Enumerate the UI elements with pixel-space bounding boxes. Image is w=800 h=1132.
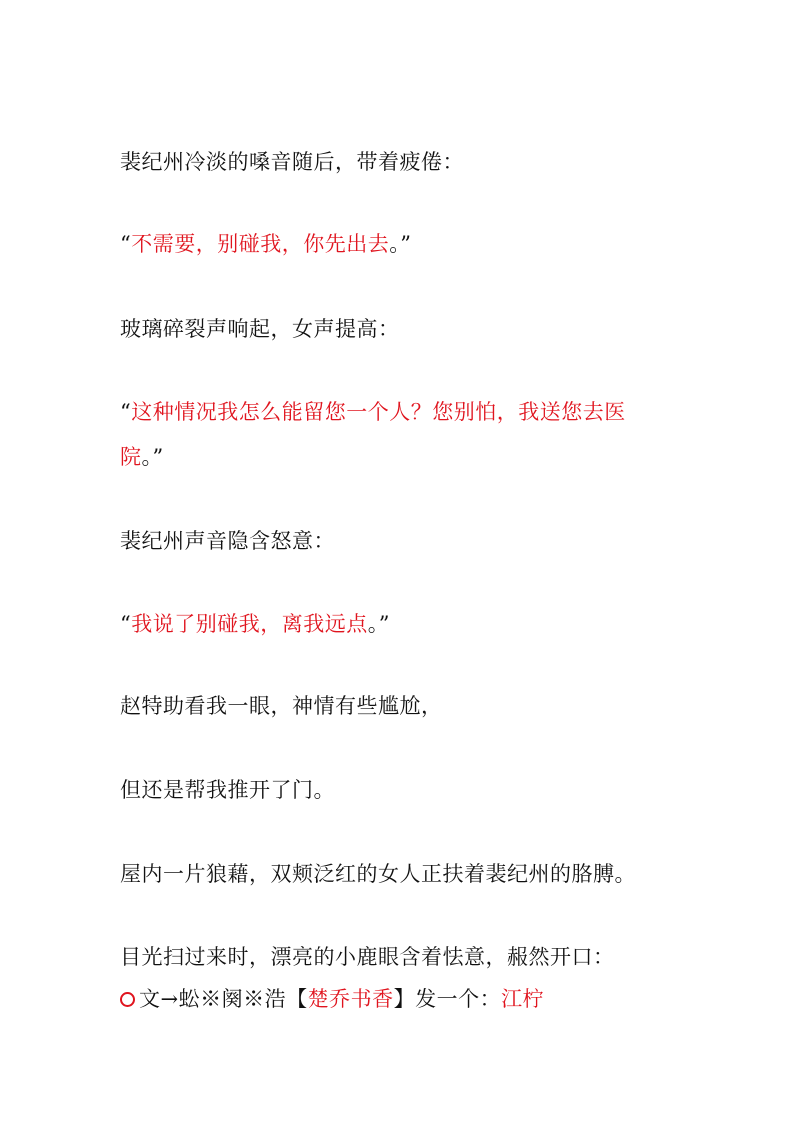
bracket-close: 】 (394, 987, 416, 1011)
dialogue-paragraph-continued: 院。” (120, 443, 164, 471)
open-quote: “ (120, 400, 131, 424)
bracket-open: 【 (286, 987, 308, 1011)
narration-paragraph: 玻璃碎裂声响起，女声提高： (120, 315, 400, 343)
narration-paragraph: 赵特助看我一眼，神情有些尴尬， (120, 692, 443, 720)
circle-icon (120, 992, 135, 1007)
dialogue-text: 不需要，别碰我，你先出去 (131, 232, 389, 256)
open-quote: “ (120, 232, 131, 256)
close-quote: 。” (368, 612, 390, 636)
narration-paragraph: 目光扫过来时，漂亮的小鹿眼含着怯意，赧然开口： (120, 943, 615, 971)
source-note-prefix: 文→蚣※阕※浩 (139, 987, 286, 1011)
document-page: 裴纪州冷淡的嗓音随后，带着疲倦： “不需要，别碰我，你先出去。” 玻璃碎裂声响起… (0, 0, 800, 1132)
dialogue-text: 这种情况我怎么能留您一个人？您别怕，我送您去医 (131, 400, 626, 424)
dialogue-paragraph: “不需要，别碰我，你先出去。” (120, 230, 412, 258)
close-quote: 。” (389, 232, 411, 256)
book-source-name: 楚乔书香 (308, 987, 394, 1011)
dialogue-text: 我说了别碰我，离我远点 (131, 612, 368, 636)
dialogue-text: 院 (120, 445, 142, 469)
narration-paragraph: 但还是帮我推开了门。 (120, 776, 335, 804)
dialogue-paragraph: “我说了别碰我，离我远点。” (120, 610, 390, 638)
close-quote: 。” (142, 445, 164, 469)
source-note-middle: 发一个： (415, 987, 501, 1011)
narration-paragraph: 裴纪州冷淡的嗓音随后，带着疲倦： (120, 148, 464, 176)
narration-paragraph: 裴纪州声音隐含怒意： (120, 527, 335, 555)
book-title: 江柠 (501, 987, 544, 1011)
open-quote: “ (120, 612, 131, 636)
dialogue-paragraph: “这种情况我怎么能留您一个人？您别怕，我送您去医 (120, 398, 626, 426)
narration-paragraph: 屋内一片狼藉，双颊泛红的女人正扶着裴纪州的胳膊。 (120, 860, 636, 888)
source-note: 文→蚣※阕※浩【楚乔书香】发一个：江柠 (120, 985, 544, 1013)
